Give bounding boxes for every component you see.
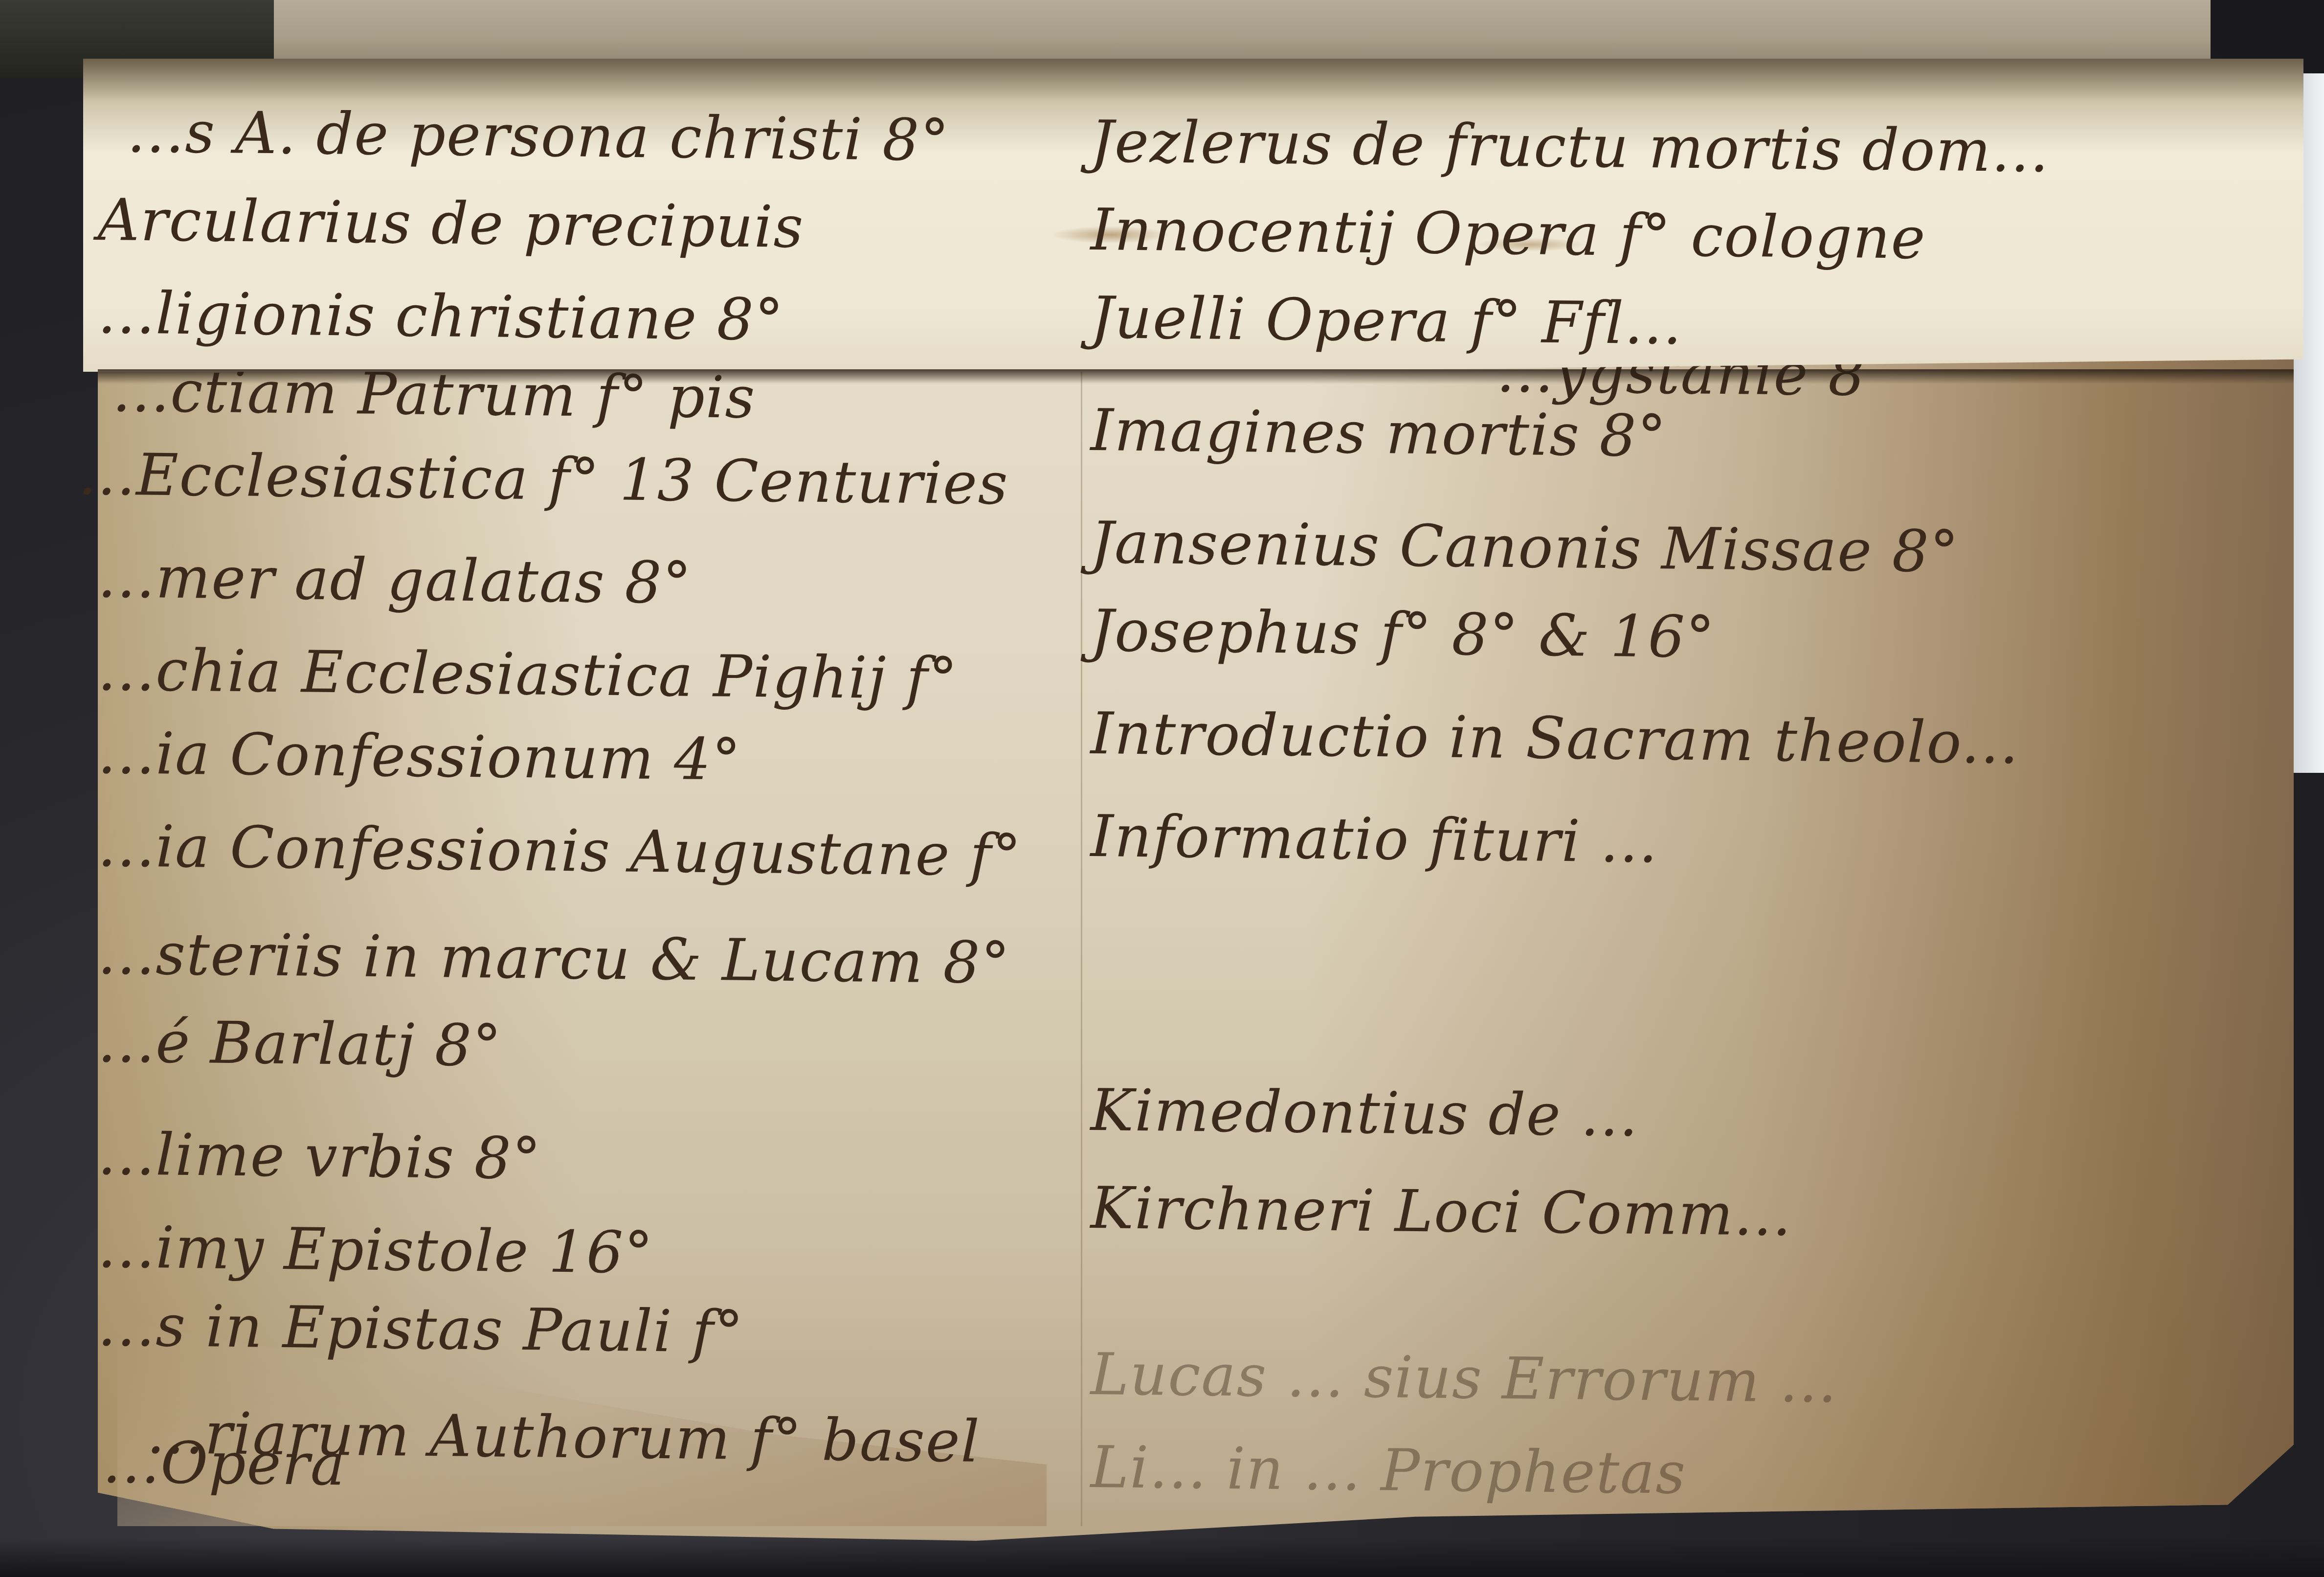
entry-line: Kirchneri Loci Comm... <box>1090 1174 1792 1249</box>
entry-line: ...mer ad galatas 8° <box>97 543 693 617</box>
entry-line: ...Opera <box>102 1428 346 1498</box>
entry-line: Jansenius Canonis Missae 8° <box>1090 509 1960 586</box>
entry-line: Lucas ... sius Errorum ... <box>1090 1340 1838 1416</box>
entry-line: ...chia Ecclesiastica Pighij f° <box>97 636 959 712</box>
entry-line: Introductio in Sacram theolo... <box>1090 699 2019 777</box>
entry-line: Li... in ... Prophetas <box>1090 1433 1686 1507</box>
entry-line: ...ligionis christiane 8° <box>97 279 784 354</box>
entry-line: ...s A. de persona christi 8° <box>127 98 950 174</box>
column-fold-line <box>1081 342 1082 1526</box>
entry-line: Innocentij Opera f° cologne <box>1090 196 1926 272</box>
entry-line: ...steriis in marcu & Lucam 8° <box>97 920 1011 997</box>
entry-line: ...s in Epistas Pauli f° <box>97 1291 744 1366</box>
flap-shadow <box>98 369 2294 384</box>
entry-line: Arcularius de precipuis <box>97 186 804 261</box>
bottom-shadow <box>0 1538 2324 1577</box>
entry-line: ...ia Confessionis Augustane f° <box>97 812 1022 889</box>
entry-line: Imagines mortis 8° <box>1090 396 1667 470</box>
entry-line: Jezlerus de fructu mortis dom... <box>1090 108 2050 185</box>
entry-line: ...imy Epistole 16° <box>97 1213 654 1286</box>
entry-line: Informatio fituri ... <box>1090 802 1658 876</box>
entry-line: Juelli Opera f° Ffl... <box>1090 284 1683 358</box>
entry-line: Josephus f° 8° & 16° <box>1090 597 1716 671</box>
entry-line: ...ia Confessionum 4° <box>97 719 742 793</box>
entry-line: ...lime vrbis 8° <box>97 1120 542 1192</box>
entry-line: Kimedontius de ... <box>1090 1076 1639 1149</box>
entry-line: ...Ecclesiastica f° 13 Centuries <box>78 440 1009 518</box>
entry-line: ...é Barlatj 8° <box>97 1008 502 1080</box>
